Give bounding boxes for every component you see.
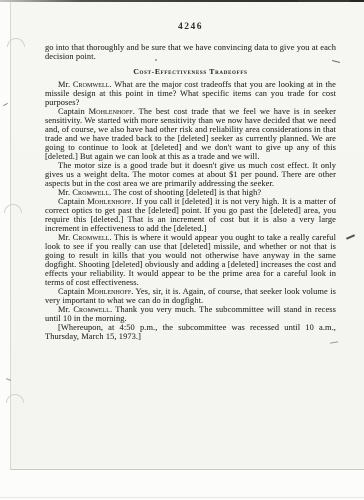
text-run: Mr. xyxy=(58,80,73,89)
paragraph: Captain Mohlenhoff. If you call it [dele… xyxy=(45,197,336,233)
text-run: Captain xyxy=(58,107,89,116)
paragraph: go into that thoroughly and be sure that… xyxy=(45,43,336,61)
small-caps-text: Cromwell xyxy=(73,80,110,89)
small-caps-text: Mohlenhoff xyxy=(87,287,131,296)
text-run: . The cost of shooting [deleted] is that… xyxy=(109,188,261,197)
text-block: go into that thoroughly and be sure that… xyxy=(45,43,336,341)
text-run: [Whereupon, at 4:50 p.m., the subcommitt… xyxy=(45,323,336,341)
paragraph: [Whereupon, at 4:50 p.m., the subcommitt… xyxy=(45,323,336,341)
small-caps-text: Cost-Effectiveness Tradeoffs xyxy=(133,67,247,76)
section-heading: Cost-Effectiveness Tradeoffs xyxy=(45,67,336,76)
text-run: Mr. xyxy=(58,188,72,197)
small-caps-text: Mohlenhoff xyxy=(89,107,133,116)
paragraph: Mr. Cromwell. The cost of shooting [dele… xyxy=(45,188,336,197)
scan-speck xyxy=(155,59,157,61)
text-run: . This is where it would appear you ough… xyxy=(45,233,336,287)
text-run: Mr. xyxy=(58,233,73,242)
text-run: Mr. xyxy=(58,305,73,314)
small-caps-text: Cromwell xyxy=(73,305,110,314)
paragraph: Captain Mohlenhoff. The best cost trade … xyxy=(45,107,336,161)
scan-speck xyxy=(3,103,8,106)
page-number: 4246 xyxy=(45,22,336,32)
scanned-document-page: 4246 go into that thoroughly and be sure… xyxy=(0,0,364,500)
paragraph: Mr. Cromwell. What are the major cost tr… xyxy=(45,80,336,107)
text-run: . The best cost trade that we feel we ha… xyxy=(45,107,336,161)
small-caps-text: Cromwell xyxy=(72,188,109,197)
scan-bottom-edge xyxy=(0,497,364,498)
text-run: go into that thoroughly and be sure that… xyxy=(45,43,336,61)
paragraph: The motor size is a good trade but it do… xyxy=(45,161,336,188)
text-run: Captain xyxy=(58,197,87,206)
paragraph: Mr. Cromwell. This is where it would app… xyxy=(45,233,336,287)
text-run: The motor size is a good trade but it do… xyxy=(45,161,336,188)
small-caps-text: Cromwell xyxy=(73,233,110,242)
small-caps-text: Mohlenhoff xyxy=(87,197,131,206)
page: 4246 go into that thoroughly and be sure… xyxy=(10,2,364,470)
text-run: Captain xyxy=(58,287,87,296)
paragraph: Captain Mohlenhoff. Yes, sir, it is. Aga… xyxy=(45,287,336,305)
paragraph: Mr. Cromwell. Thank you very much. The s… xyxy=(45,305,336,323)
